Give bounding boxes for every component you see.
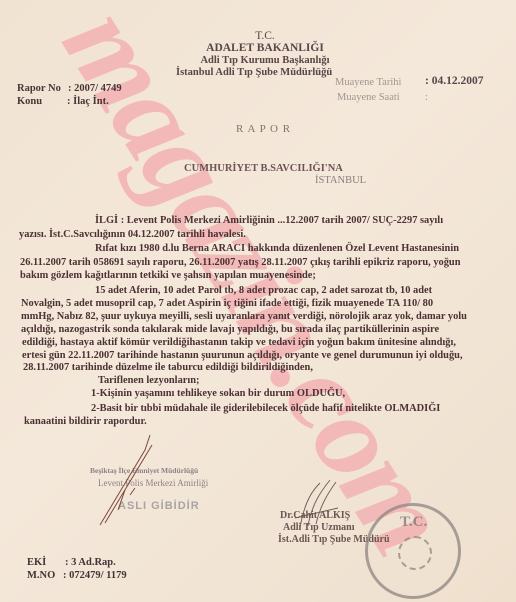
stamp-left-line1: Beşiktaş İlçe Emniyet Müdürlüğü <box>90 466 198 475</box>
body-line: kanaatini bildirir rapordur. <box>24 416 147 428</box>
exam-date-value: : 04.12.2007 <box>425 75 483 87</box>
body-line: İLGİ : Levent Polis Merkezi Amirliğinin … <box>95 215 443 227</box>
exam-time-value: : <box>425 92 428 103</box>
seal-crescent-icon <box>398 536 432 570</box>
addressee-line1: CUMHURİYET B.SAVCILIĞI'NA <box>184 163 343 174</box>
body-line: mmHg, Nabız 82, şuur uykuya meyilli, ses… <box>21 311 467 323</box>
stamp-left-line2: Levent Polis Merkezi Amirliği <box>98 478 208 488</box>
addressee-line2: İSTANBUL <box>315 175 366 186</box>
report-no-value: : 2007/ 4749 <box>68 83 122 94</box>
seal-text: T.C. <box>400 514 427 531</box>
attachment-value: : 3 Ad.Rap. <box>65 557 116 568</box>
body-line: yazısı. İst.C.Savcılığının 04.12.2007 ta… <box>19 229 246 241</box>
body-line: 15 adet Aferin, 10 adet Parol tb, 8 adet… <box>95 285 432 297</box>
body-line: 1-Kişinin yaşamını tehlikeye sokan bir d… <box>91 388 345 400</box>
body-line: Rıfat kızı 1980 d.lu Berna ARACI hakkınd… <box>95 243 459 255</box>
exam-date-label: Muayene Tarihi <box>335 77 401 88</box>
exam-time-label: Muayene Saati <box>337 92 400 103</box>
subject-value: : İlaç İnt. <box>67 96 109 107</box>
body-line: bakım gözlem kağıtlarının tetkiki ve şah… <box>20 270 316 282</box>
body-line: 2-Basit bir tıbbi müdahale ile giderileb… <box>91 403 440 415</box>
stamp-certified-copy: ASLI GİBİDİR <box>118 500 200 512</box>
report-title: R A P O R <box>236 123 291 135</box>
body-line: 26.11.2007 tarih 058691 sayılı raporu, 2… <box>20 257 460 269</box>
body-line: Novalgin, 5 adet musopril cap, 7 adet As… <box>21 298 433 310</box>
header-branch: İstanbul Adli Tıp Şube Müdürlüğü <box>176 66 332 79</box>
body-line: Tariflenen lezyonların; <box>98 375 200 387</box>
body-line: 28.11.2007 tarihinde düzelme ile taburcu… <box>23 362 313 374</box>
signature-name: Dr.Cahit ALKIŞ <box>280 510 350 521</box>
body-line: açıldığı, nazogastrik sonda takılarak mi… <box>21 324 439 336</box>
body-line: edildiği, hastaya aktif kömür verildiğih… <box>22 337 456 349</box>
signature-title: Adli Tıp Uzmanı <box>283 522 355 533</box>
body-line: ertesi gün 22.11.2007 tarihinde hastanın… <box>22 350 463 362</box>
report-no-label: Rapor No <box>17 83 61 94</box>
official-seal: T.C. <box>365 503 461 599</box>
mno-label: M.NO <box>27 570 55 581</box>
mno-value: : 072479/ 1179 <box>63 570 127 581</box>
subject-label: Konu <box>17 96 42 107</box>
attachment-label: EKİ <box>27 557 46 568</box>
